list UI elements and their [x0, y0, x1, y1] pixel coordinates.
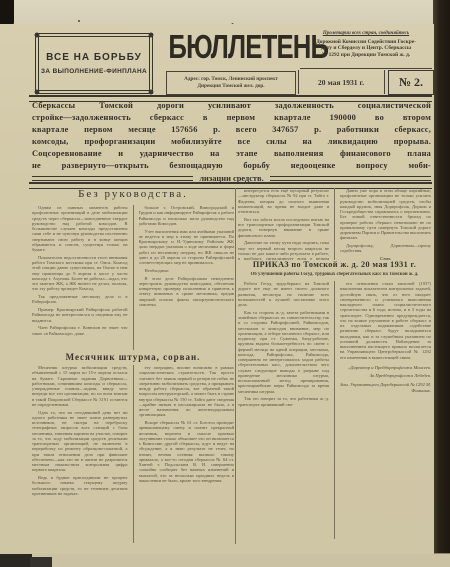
column-3-body: Работа Госуд. трудсберкасс на Томской до… [238, 281, 329, 539]
article-left: Без руководства. Одним из главных момент… [32, 188, 234, 546]
scan-bed-bottom [0, 553, 450, 567]
column-rule [334, 281, 335, 539]
address-box: Адрес: гор. Томск, Ленинский проспект Ди… [166, 71, 296, 95]
columns-upper-right: интересуется есть ещё мусорный результат… [238, 188, 431, 260]
article-subheadline: Месячник штурма, сорван. [32, 350, 234, 365]
header-divider [384, 70, 385, 94]
issue-date: 20 мая 1931 г. [300, 71, 382, 93]
masthead-title: БЮЛЛЕТЕНЬ [168, 28, 289, 71]
slogan-box: ВСЕ НА БОРЬБУ ЗА ВЫПОЛНЕНИЕ-ФИНПЛАНА [38, 36, 150, 91]
column-rule [334, 188, 335, 260]
column-4-body-text: его отношения стали запасной (1937) нако… [340, 281, 431, 360]
header-rule [300, 68, 432, 69]
header-divider [298, 70, 299, 94]
column-2-top: больше т. Островский, Виноградский и Гру… [139, 205, 235, 350]
box-corner-ornament [34, 89, 40, 95]
order-headline: ПРИКАЗ по Томской ж. д. 20 мая 1931 г. [238, 260, 431, 272]
box-corner-ornament [148, 32, 154, 38]
scanned-bulletin: ВСЕ НА БОРЬБУ ЗА ВЫПОЛНЕНИЕ-ФИНПЛАНА БЮЛ… [0, 0, 450, 567]
column-rule [133, 205, 134, 350]
column-4-top-text: Давно уже пора в этом абзаце партийные, … [340, 188, 431, 254]
tail-rule-left [32, 176, 193, 181]
slogan-line-1: ВСЕ НА БОРЬБУ [46, 52, 142, 63]
address-line-1: Адрес: гор. Томск, Ленинский проспект [167, 76, 295, 83]
column-4-body: его отношения стали запасной (1937) нако… [340, 281, 431, 539]
order-subline: Об улучшении работы Госуд. трудовых сбер… [238, 272, 431, 281]
body-columns: Без руководства. Одним из главных момент… [32, 188, 431, 546]
column-3-top: интересуется есть ещё мусорный результат… [238, 188, 329, 260]
column-rule [133, 365, 134, 543]
columns-lower-left: Месячник штурма мобилизации средств, объ… [32, 365, 234, 543]
address-line-2: Дирекция Томской жел. дор. [167, 83, 295, 90]
article-right: интересуется есть ещё мусорный результат… [238, 188, 431, 546]
column-2-bottom: эту операцию, вполне возможно в рамках с… [139, 365, 235, 543]
publisher-lines: Дорожной Комиссии Содействия Госкре-диту… [300, 39, 432, 59]
scan-shadow-bottom-left-2 [30, 557, 52, 567]
box-corner-ornament [34, 32, 40, 38]
slogan-line-2: ЗА ВЫПОЛНЕНИЕ-ФИНПЛАНА [41, 68, 147, 75]
column-1-top: Одним из главных моментов работы профсою… [32, 205, 128, 350]
columns-upper-left: Одним из главных моментов работы профсою… [32, 205, 234, 350]
column-divider-center [235, 188, 236, 544]
article-headline: Без руководства. [32, 188, 234, 205]
column-1-bottom: Месячник штурма мобилизации средств, объ… [32, 365, 128, 543]
tail-rule-right [270, 176, 431, 181]
scan-edge-right [433, 0, 450, 567]
publisher-block: Пролетарии всех стран, соединяйтесь Доро… [300, 31, 432, 59]
order-signatures: «Директор и Преддорпрофсожа Моисеев.За П… [340, 365, 431, 395]
newspaper-page: ВСЕ НА БОРЬБУ ЗА ВЫПОЛНЕНИЕ-ФИНПЛАНА БЮЛ… [0, 24, 434, 554]
issue-number: № 2. [388, 70, 434, 95]
scan-bed-top [0, 0, 450, 24]
columns-lower-right: Работа Госуд. трудсберкасс на Томской до… [238, 281, 431, 539]
column-4-top: Давно уже пора в этом абзаце партийные, … [340, 188, 431, 260]
motto-line: Пролетарии всех стран, соединяйтесь [300, 31, 432, 36]
lead-paragraph: Сберкассы Томской дороги усиливают задол… [32, 100, 431, 171]
box-corner-ornament [148, 89, 154, 95]
scan-speck [78, 20, 80, 22]
